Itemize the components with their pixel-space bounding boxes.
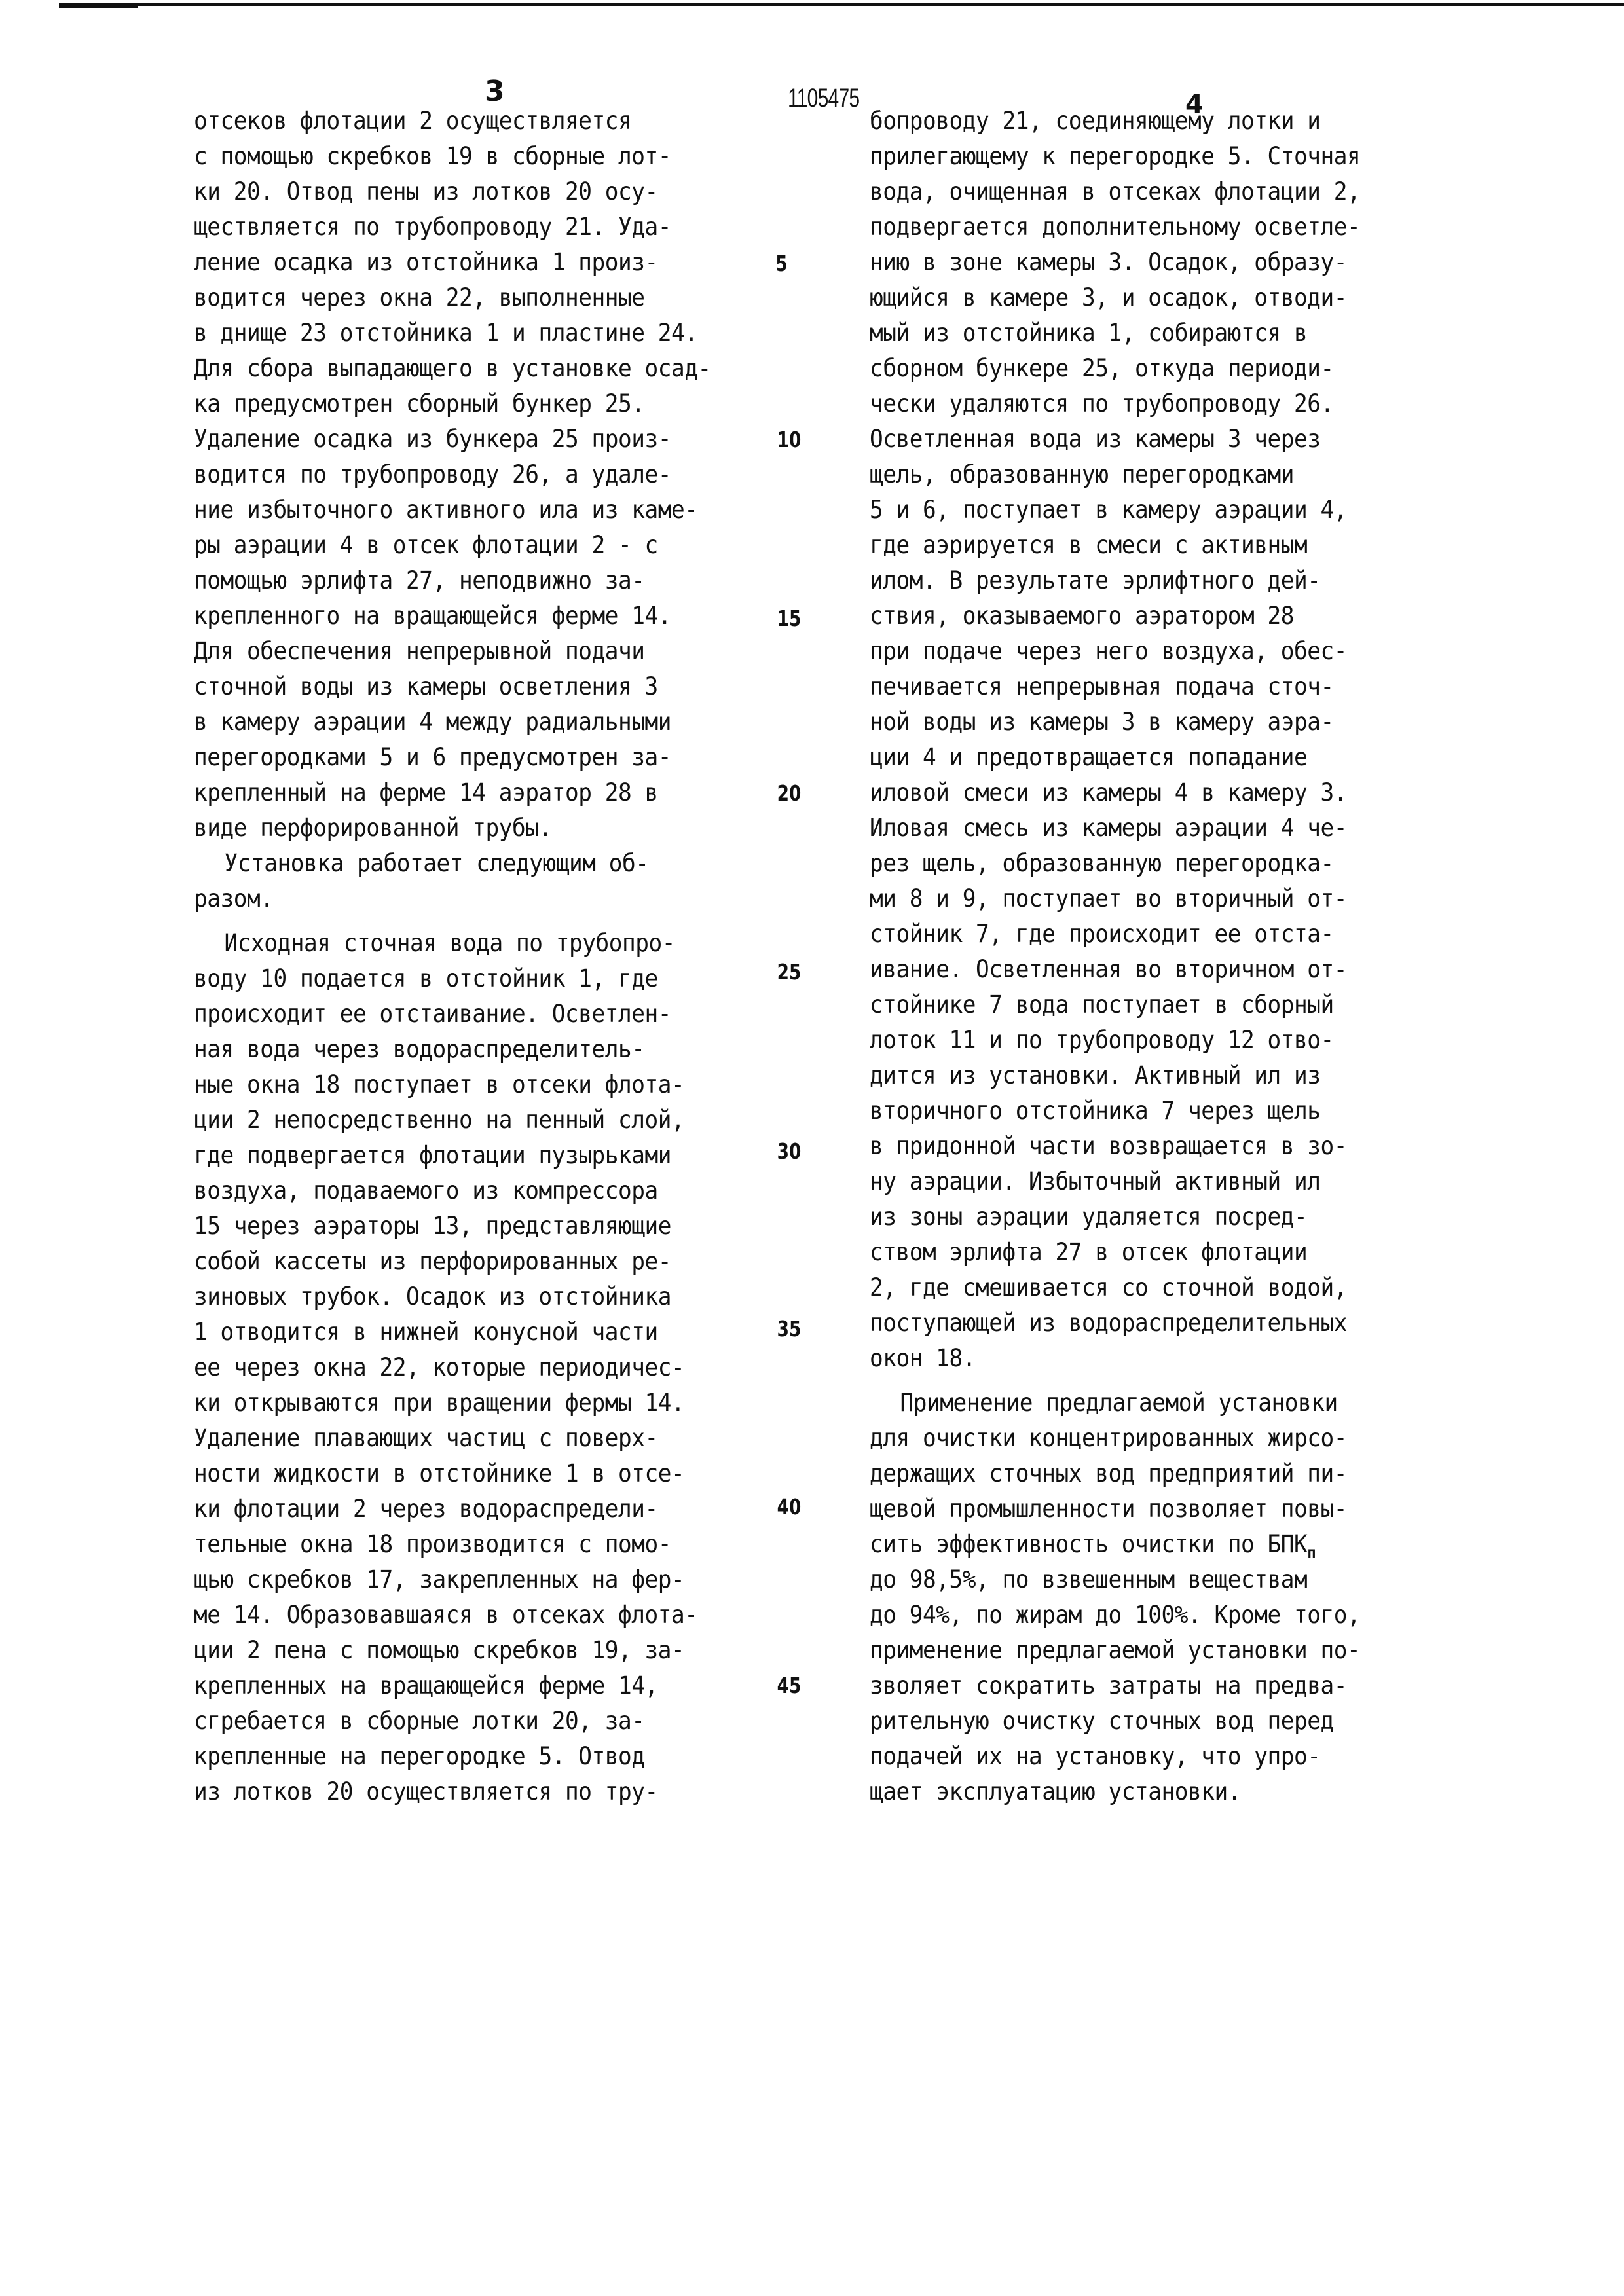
- bpk-subscript: п: [1307, 1543, 1316, 1561]
- text-line: перегородками 5 и 6 предусмотрен за-: [194, 740, 766, 775]
- text-line: бопроводу 21, соединяющему лотки и: [870, 103, 1442, 139]
- text-line: ки открываются при вращении фермы 14.: [194, 1385, 766, 1421]
- text-line: подачей их на установку, что упро-: [870, 1739, 1442, 1774]
- text-line: ной воды из камеры 3 в камеру аэра-: [870, 704, 1442, 740]
- text-line: ные окна 18 поступает в отсеки флота-: [194, 1067, 766, 1102]
- text-line: Применение предлагаемой установки: [870, 1385, 1442, 1421]
- text-line: ции 4 и предотвращается попадание: [870, 740, 1442, 775]
- text-line: в придонной части возвращается в зо-: [870, 1129, 1442, 1164]
- text-line: для очистки концентрированных жирсо-: [870, 1421, 1442, 1456]
- text-line: нию в зоне камеры 3. Осадок, образу-: [870, 245, 1442, 280]
- text-line: иловой смеси из камеры 4 в камеру 3.: [870, 775, 1442, 811]
- text-line: Осветленная вода из камеры 3 через: [870, 422, 1442, 457]
- text-line: подвергается дополнительному осветле-: [870, 210, 1442, 245]
- text-line: Исходная сточная вода по трубопро-: [194, 926, 766, 961]
- text-line: ющийся в камере 3, и осадок, отводи-: [870, 280, 1442, 316]
- text-line: окон 18.: [870, 1341, 1442, 1376]
- text-line: ности жидкости в отстойнике 1 в отсе-: [194, 1456, 766, 1491]
- line-number: 45: [777, 1673, 802, 1698]
- text-line: разом.: [194, 881, 766, 917]
- text-line: ры аэрации 4 в отсек флотации 2 - с: [194, 528, 766, 563]
- text-line: рительную очистку сточных вод перед: [870, 1704, 1442, 1739]
- text-line: ции 2 пена с помощью скребков 19, за-: [194, 1633, 766, 1668]
- text-line: до 98,5%, по взвешенным веществам: [870, 1562, 1442, 1597]
- text-line: водится по трубопроводу 26, а удале-: [194, 457, 766, 492]
- text-line: помощью эрлифта 27, неподвижно за-: [194, 563, 766, 598]
- text-line: ну аэрации. Избыточный активный ил: [870, 1164, 1442, 1199]
- text-line: воду 10 подается в отстойник 1, где: [194, 961, 766, 996]
- text-line: ки флотации 2 через водораспредели-: [194, 1491, 766, 1527]
- text-line: ки 20. Отвод пены из лотков 20 осу-: [194, 174, 766, 210]
- text-line: стойнике 7 вода поступает в сборный: [870, 987, 1442, 1023]
- top-rule-stub: [59, 5, 138, 8]
- text-line: илом. В результате эрлифтного дей-: [870, 563, 1442, 598]
- text-line: водится через окна 22, выполненные: [194, 280, 766, 316]
- text-line: крепленного на вращающейся ферме 14.: [194, 598, 766, 634]
- text-line: Установка работает следующим об-: [194, 846, 766, 881]
- text-line: ка предусмотрен сборный бункер 25.: [194, 386, 766, 422]
- text-line: мый из отстойника 1, собираются в: [870, 316, 1442, 351]
- line-number: 5: [775, 251, 787, 276]
- text-line: где аэрируется в смеси с активным: [870, 528, 1442, 563]
- text-line: Удаление осадка из бункера 25 произ-: [194, 422, 766, 457]
- text-line: зволяет сократить затраты на предва-: [870, 1668, 1442, 1704]
- text-line: крепленный на ферме 14 аэратор 28 в: [194, 775, 766, 811]
- text-line: вода, очищенная в отсеках флотации 2,: [870, 174, 1442, 210]
- text-line: стойник 7, где происходит ее отста-: [870, 917, 1442, 952]
- text-line: щель, образованную перегородками: [870, 457, 1442, 492]
- text-line: 5 и 6, поступает в камеру аэрации 4,: [870, 492, 1442, 528]
- text-line: лоток 11 и по трубопроводу 12 отво-: [870, 1023, 1442, 1058]
- text-line: воздуха, подаваемого из компрессора: [194, 1173, 766, 1209]
- line-number: 20: [777, 780, 802, 806]
- line-number: 10: [777, 427, 802, 452]
- text-line: печивается непрерывная подача сточ-: [870, 669, 1442, 704]
- text-line: ми 8 и 9, поступает во вторичный от-: [870, 881, 1442, 917]
- text-line: держащих сточных вод предприятий пи-: [870, 1456, 1442, 1491]
- text-line: ществляется по трубопроводу 21. Уда-: [194, 210, 766, 245]
- text-line: при подаче через него воздуха, обес-: [870, 634, 1442, 669]
- text-line: ством эрлифта 27 в отсек флотации: [870, 1235, 1442, 1270]
- text-line: ние избыточного активного ила из каме-: [194, 492, 766, 528]
- text-line: из зоны аэрации удаляется посред-: [870, 1199, 1442, 1235]
- text-line: 1 отводится в нижней конусной части: [194, 1315, 766, 1350]
- line-number: 15: [777, 606, 802, 631]
- right-column: бопроводу 21, соединяющему лотки иприлег…: [870, 103, 1485, 1810]
- text-line: сгребается в сборные лотки 20, за-: [194, 1704, 766, 1739]
- text-line: прилегающему к перегородке 5. Сточная: [870, 139, 1442, 174]
- text-line: чески удаляются по трубопроводу 26.: [870, 386, 1442, 422]
- line-number: 30: [777, 1139, 802, 1164]
- text-line: из лотков 20 осуществляется по тру-: [194, 1774, 766, 1810]
- text-line: крепленные на перегородке 5. Отвод: [194, 1739, 766, 1774]
- text-line: Иловая смесь из камеры аэрации 4 че-: [870, 811, 1442, 846]
- text-line: щает эксплуатацию установки.: [870, 1774, 1442, 1810]
- text-line: ная вода через водораспределитель-: [194, 1032, 766, 1067]
- line-number: 35: [777, 1316, 802, 1341]
- text-line: происходит ее отстаивание. Осветлен-: [194, 996, 766, 1032]
- text-line: до 94%, по жирам до 100%. Кроме того,: [870, 1597, 1442, 1633]
- text-line: 2, где смешивается со сточной водой,: [870, 1270, 1442, 1305]
- text-line: в днище 23 отстойника 1 и пластине 24.: [194, 316, 766, 351]
- text-line: где подвергается флотации пузырьками: [194, 1138, 766, 1173]
- text-line: Для обеспечения непрерывной подачи: [194, 634, 766, 669]
- text-line: Удаление плавающих частиц с поверх-: [194, 1421, 766, 1456]
- text-line: поступающей из водораспределительных: [870, 1305, 1442, 1341]
- text-line: виде перфорированной трубы.: [194, 811, 766, 846]
- text-line: ме 14. Образовавшаяся в отсеках флота-: [194, 1597, 766, 1633]
- text-line: 15 через аэраторы 13, представляющие: [194, 1209, 766, 1244]
- top-rule: [59, 3, 1624, 6]
- text-line: дится из установки. Активный ил из: [870, 1058, 1442, 1093]
- text-line: ствия, оказываемого аэратором 28: [870, 598, 1442, 634]
- left-column: отсеков флотации 2 осуществляетсяс помощ…: [194, 103, 809, 1810]
- page-number-left: 3: [485, 77, 505, 106]
- line-number: 40: [777, 1494, 802, 1520]
- text-line: сборном бункере 25, откуда периоди-: [870, 351, 1442, 386]
- text-line: Для сбора выпадающего в установке осад-: [194, 351, 766, 386]
- text-line: в камеру аэрации 4 между радиальными: [194, 704, 766, 740]
- text-line: вторичного отстойника 7 через щель: [870, 1093, 1442, 1129]
- text-line: ивание. Осветленная во вторичном от-: [870, 952, 1442, 987]
- text-line: собой кассеты из перфорированных ре-: [194, 1244, 766, 1279]
- line-number: 25: [777, 959, 802, 985]
- text-line: отсеков флотации 2 осуществляется: [194, 103, 766, 139]
- text-line: сточной воды из камеры осветления 3: [194, 669, 766, 704]
- text-line: применение предлагаемой установки по-: [870, 1633, 1442, 1668]
- text-line: щью скребков 17, закрепленных на фер-: [194, 1562, 766, 1597]
- text-line: ление осадка из отстойника 1 произ-: [194, 245, 766, 280]
- text-line: зиновых трубок. Осадок из отстойника: [194, 1279, 766, 1315]
- text-line: тельные окна 18 производится с помо-: [194, 1527, 766, 1562]
- text-line: рез щель, образованную перегородка-: [870, 846, 1442, 881]
- text-line: ее через окна 22, которые периодичес-: [194, 1350, 766, 1385]
- text-line: с помощью скребков 19 в сборные лот-: [194, 139, 766, 174]
- text-line: сить эффективность очистки по БПКп: [870, 1527, 1442, 1562]
- text-line: щевой промышленности позволяет повы-: [870, 1491, 1442, 1527]
- text-line: ции 2 непосредственно на пенный слой,: [194, 1102, 766, 1138]
- text-line: крепленных на вращающейся ферме 14,: [194, 1668, 766, 1704]
